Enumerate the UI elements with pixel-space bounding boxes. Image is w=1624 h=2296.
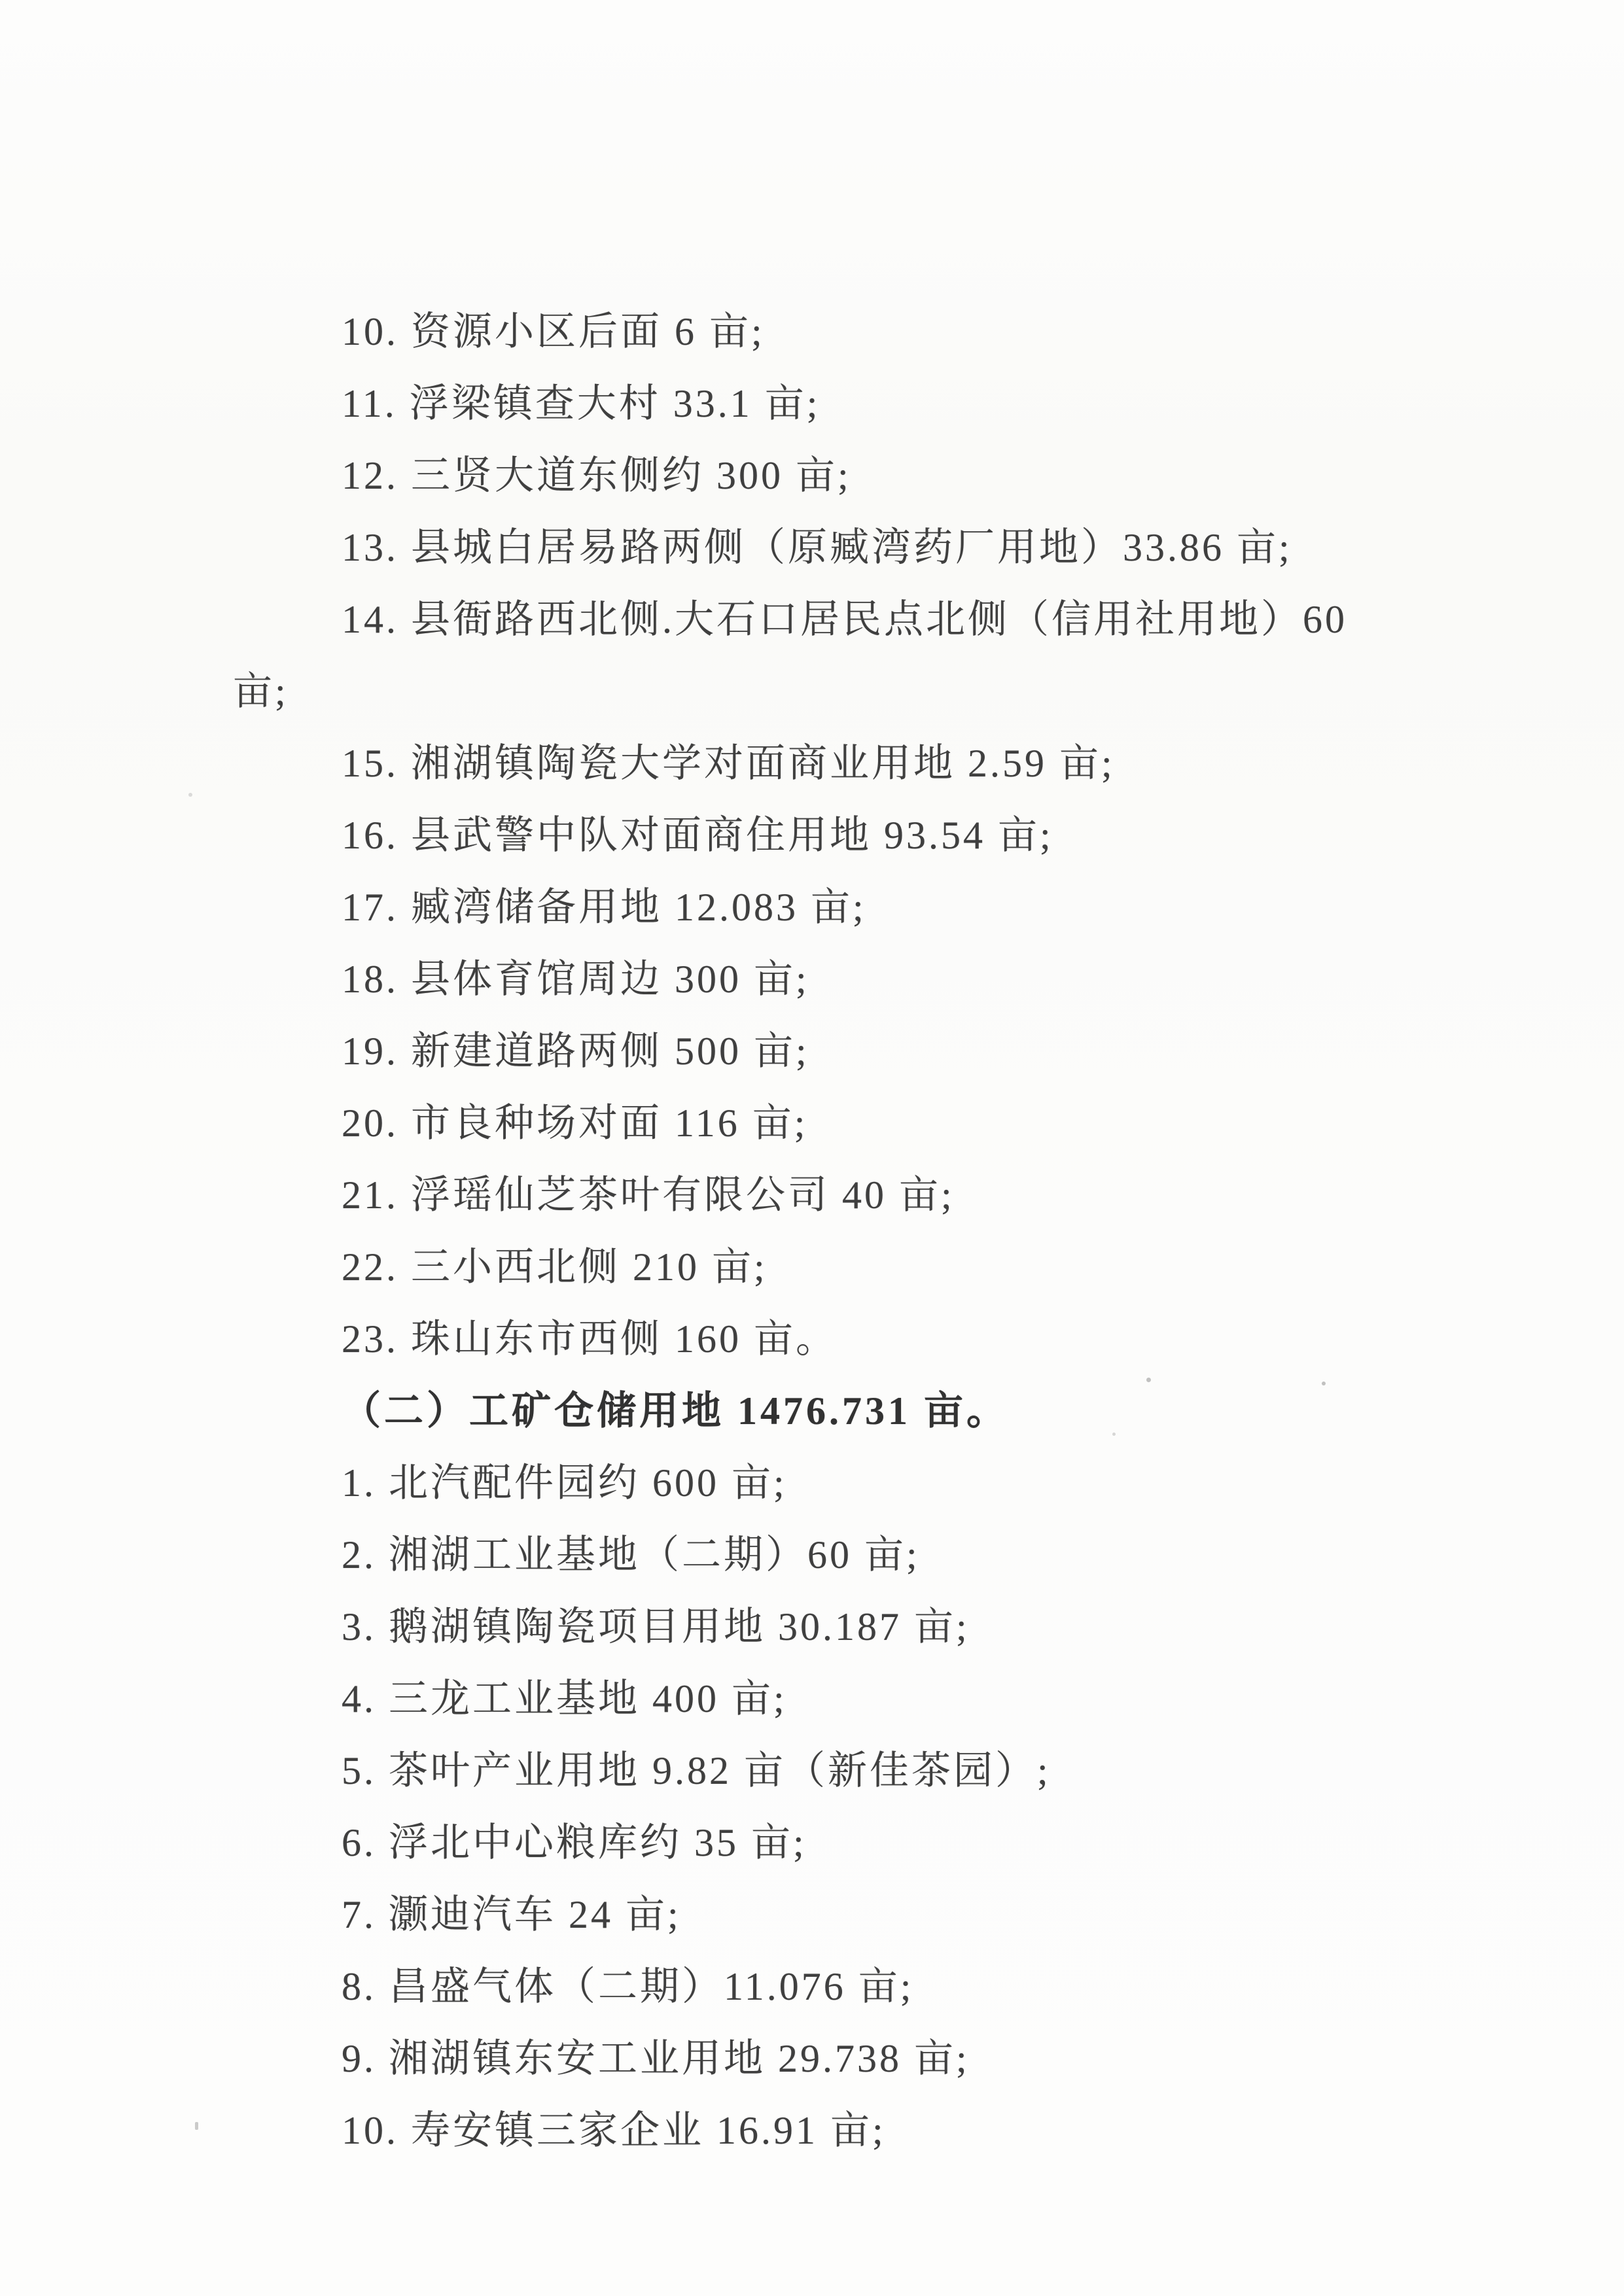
document-page: 10. 资源小区后面 6 亩; 11. 浮梁镇查大村 33.1 亩; 12. 三… — [0, 0, 1624, 2296]
document-text-block: 10. 资源小区后面 6 亩; 11. 浮梁镇查大村 33.1 亩; 12. 三… — [0, 296, 1624, 2166]
scan-speck — [1322, 1382, 1326, 1385]
list-item: 5. 茶叶产业用地 9.82 亩（新佳茶园）; — [0, 1735, 1624, 1807]
list-item: 1. 北汽配件园约 600 亩; — [0, 1447, 1624, 1519]
list-item: 2. 湘湖工业基地（二期）60 亩; — [0, 1519, 1624, 1591]
list-item: 18. 县体育馆周边 300 亩; — [0, 943, 1624, 1015]
scan-speck — [188, 793, 192, 797]
list-item: 21. 浮瑶仙芝茶叶有限公司 40 亩; — [0, 1159, 1624, 1231]
wrapped-line-continuation: 亩; — [0, 655, 1624, 727]
list-item: 15. 湘湖镇陶瓷大学对面商业用地 2.59 亩; — [0, 727, 1624, 799]
list-item: 13. 县城白居易路两侧（原臧湾药厂用地）33.86 亩; — [0, 512, 1624, 583]
list-item: 3. 鹅湖镇陶瓷项目用地 30.187 亩; — [0, 1591, 1624, 1663]
list-item: 12. 三贤大道东侧约 300 亩; — [0, 440, 1624, 512]
list-item: 9. 湘湖镇东安工业用地 29.738 亩; — [0, 2023, 1624, 2095]
list-item: 7. 灏迪汽车 24 亩; — [0, 1879, 1624, 1951]
list-item: 10. 资源小区后面 6 亩; — [0, 296, 1624, 368]
list-item: 4. 三龙工业基地 400 亩; — [0, 1663, 1624, 1735]
list-item: 17. 臧湾储备用地 12.083 亩; — [0, 871, 1624, 943]
list-item: 14. 县衙路西北侧.大石口居民点北侧（信用社用地）60 — [0, 583, 1624, 655]
scan-speck — [1112, 1433, 1116, 1436]
list-item: 20. 市良种场对面 116 亩; — [0, 1087, 1624, 1159]
list-item: 23. 珠山东市西侧 160 亩。 — [0, 1303, 1624, 1375]
list-item: 19. 新建道路两侧 500 亩; — [0, 1015, 1624, 1087]
list-item: 10. 寿安镇三家企业 16.91 亩; — [0, 2095, 1624, 2166]
section-2-heading: （二）工矿仓储用地 1476.731 亩。 — [0, 1375, 1624, 1447]
list-item: 8. 昌盛气体（二期）11.076 亩; — [0, 1951, 1624, 2023]
scan-speck — [195, 2122, 198, 2130]
list-item: 11. 浮梁镇查大村 33.1 亩; — [0, 368, 1624, 440]
scan-speck — [1146, 1378, 1151, 1382]
list-item: 22. 三小西北侧 210 亩; — [0, 1231, 1624, 1303]
list-item: 6. 浮北中心粮库约 35 亩; — [0, 1807, 1624, 1879]
list-item: 16. 县武警中队对面商住用地 93.54 亩; — [0, 799, 1624, 871]
